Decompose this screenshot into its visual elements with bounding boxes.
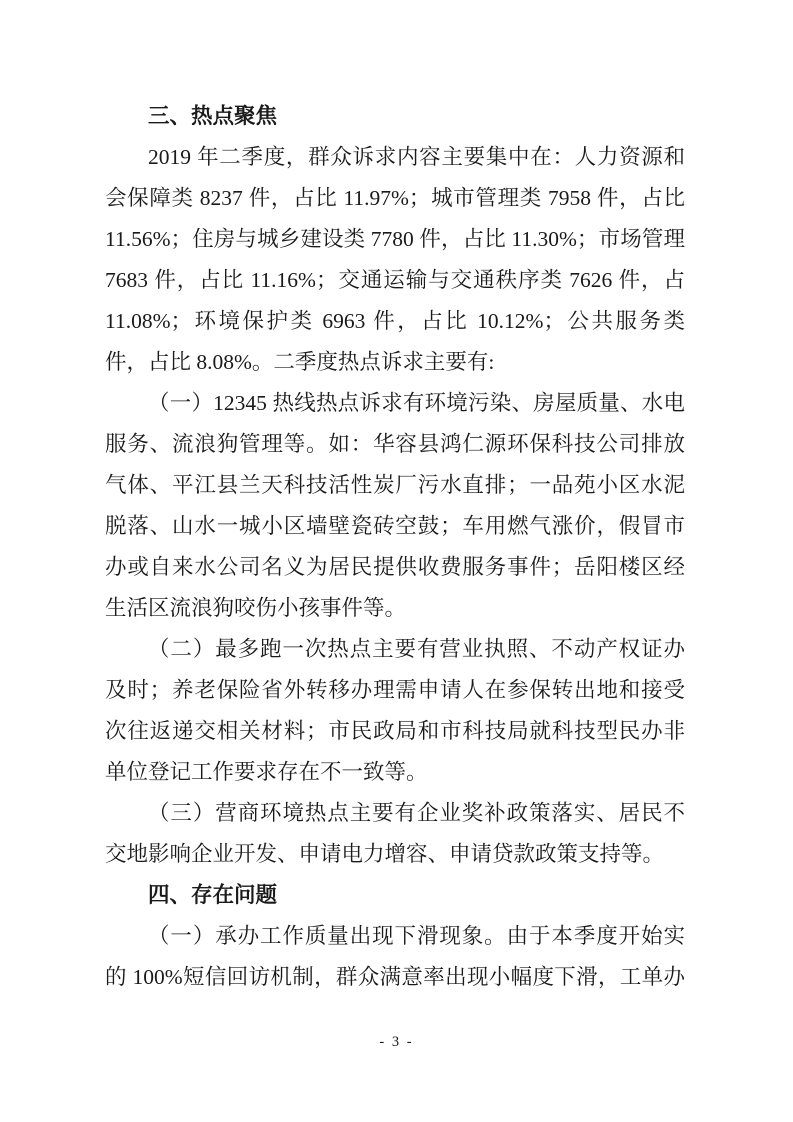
- section-heading: 四、存在问题: [105, 875, 685, 916]
- paragraph-line: 服务、流浪狗管理等。如：华容县鸿仁源环保科技公司排放异味: [105, 424, 685, 465]
- paragraph-line: 交地影响企业开发、申请电力增容、申请贷款政策支持等。: [105, 834, 685, 875]
- paragraph-line: 单位登记工作要求存在不一致等。: [105, 752, 685, 793]
- paragraph-line: 次往返递交相关材料；市民政局和市科技局就科技型民办非企业: [105, 711, 685, 752]
- document-body: 三、热点聚焦 2019 年二季度，群众诉求内容主要集中在：人力资源和社 会保障类…: [105, 96, 685, 998]
- paragraph-line: 脱落、山水一城小区墙壁瓷砖空鼓；车用燃气涨价，假冒市燃气: [105, 506, 685, 547]
- paragraph-line: 11.56%；住房与城乡建设类 7780 件，占比 11.30%；市场管理类: [105, 219, 685, 260]
- paragraph-line: 2019 年二季度，群众诉求内容主要集中在：人力资源和社: [105, 137, 685, 178]
- paragraph-line: 及时；养老保险省外转移办理需申请人在参保转出地和接受地多: [105, 670, 685, 711]
- paragraph-line: 生活区流浪狗咬伤小孩事件等。: [105, 588, 685, 629]
- paragraph-line: 7683 件，占比 11.16%；交通运输与交通秩序类 7626 件，占比: [105, 260, 685, 301]
- page-number: - 3 -: [0, 1034, 793, 1051]
- paragraph-line: （三）营商环境热点主要有企业奖补政策落实、居民不搬迁: [105, 793, 685, 834]
- paragraph-line: 的 100%短信回访机制，群众满意率出现小幅度下滑，工单办理 C: [105, 957, 685, 998]
- paragraph-line: 气体、平江县兰天科技活性炭厂污水直排；一品苑小区水泥墙面: [105, 465, 685, 506]
- document-page: 三、热点聚焦 2019 年二季度，群众诉求内容主要集中在：人力资源和社 会保障类…: [0, 0, 793, 1122]
- paragraph-line: （一）12345 热线热点诉求有环境污染、房屋质量、水电气: [105, 383, 685, 424]
- paragraph-line: 11.08%；环境保护类 6963 件，占比 10.12%；公共服务类 5559: [105, 301, 685, 342]
- paragraph-line: （一）承办工作质量出现下滑现象。由于本季度开始实行新: [105, 916, 685, 957]
- paragraph-line: 办或自来水公司名义为居民提供收费服务事件；岳阳楼区经编厂: [105, 547, 685, 588]
- paragraph-line: 会保障类 8237 件，占比 11.97%；城市管理类 7958 件，占比: [105, 178, 685, 219]
- section-heading: 三、热点聚焦: [105, 96, 685, 137]
- paragraph-line: 件，占比 8.08%。二季度热点诉求主要有:: [105, 342, 685, 383]
- paragraph-line: （二）最多跑一次热点主要有营业执照、不动产权证办理不: [105, 629, 685, 670]
